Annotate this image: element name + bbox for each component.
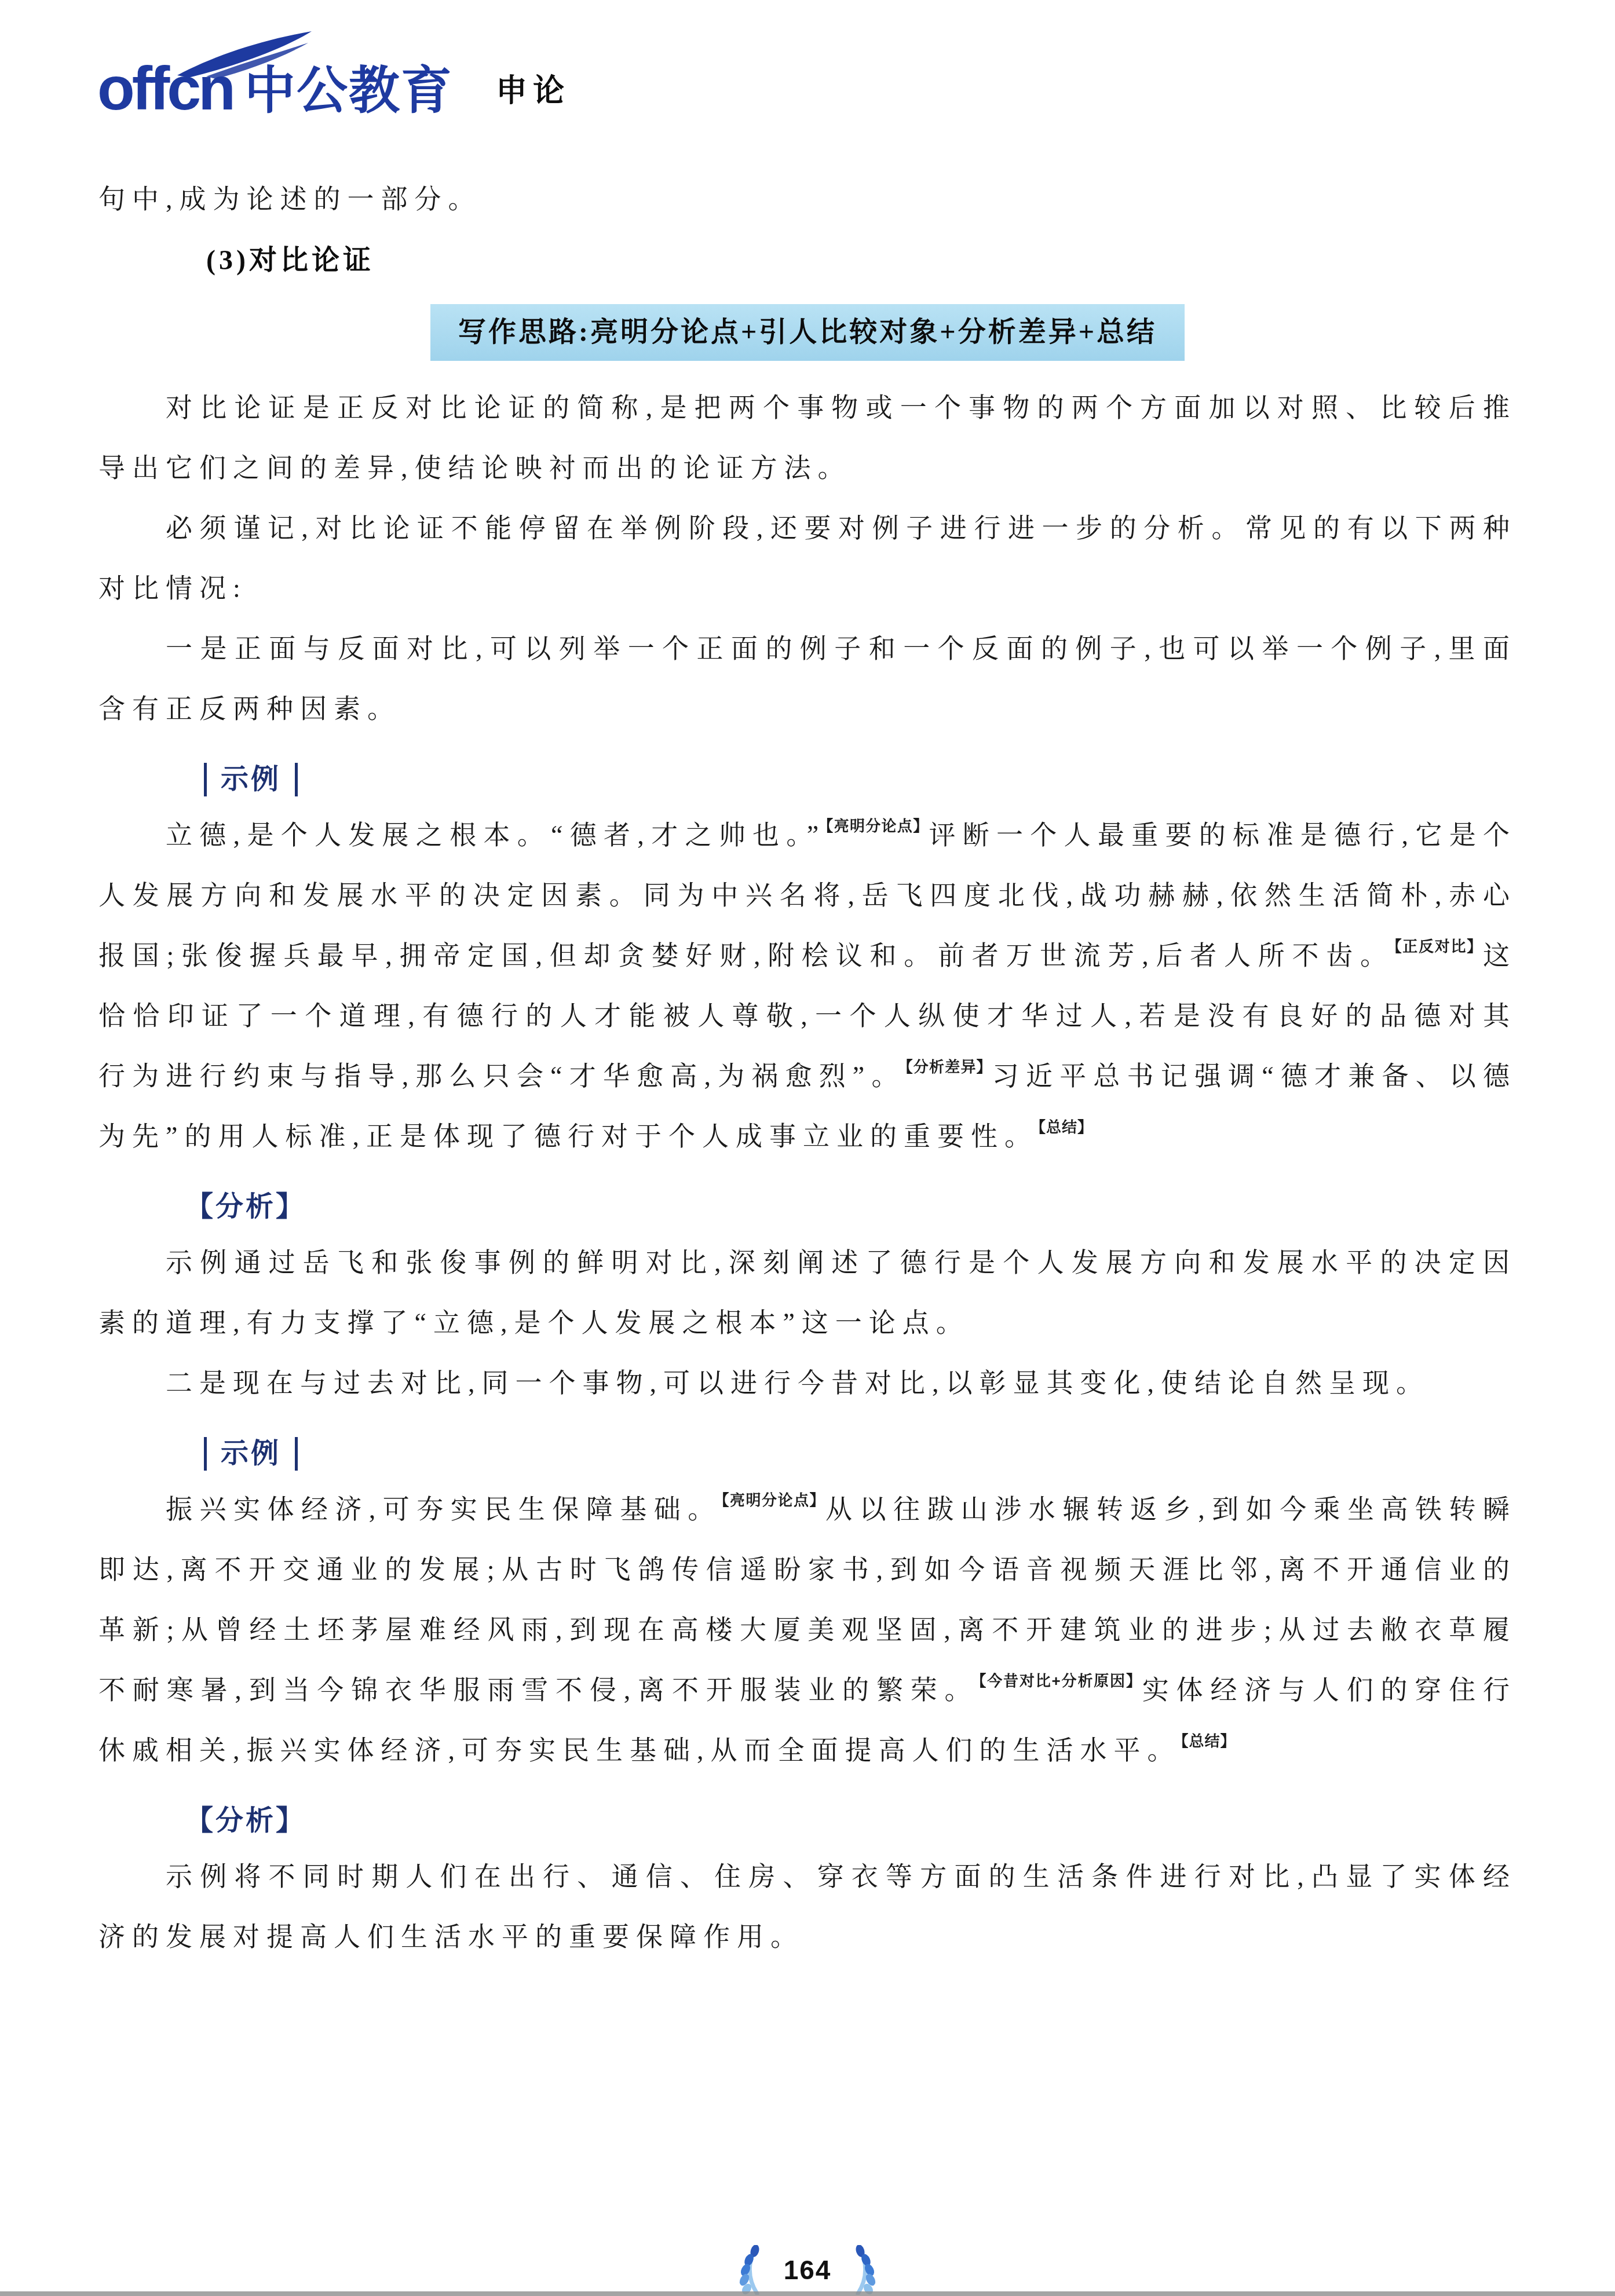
body-paragraph: 一是正面与反面对比,可以列举一个正面的例子和一个反面的例子,也可以举一个例子,里… bbox=[98, 619, 1517, 739]
continuation-paragraph: 句中,成为论述的一部分。 bbox=[98, 169, 1517, 229]
vertical-bar-decoration bbox=[295, 763, 298, 796]
annotation-label: 【亮明分论点】 bbox=[722, 1491, 825, 1509]
writing-formula-box: 写作思路:亮明分论点+引人比较对象+分析差异+总结 bbox=[430, 304, 1185, 361]
subject-label: 申论 bbox=[496, 66, 570, 114]
body-paragraph: 必须谨记,对比论证不能停留在举例阶段,还要对例子进行进一步的分析。常见的有以下两… bbox=[98, 498, 1517, 619]
book-page: { "header": { "logo_text": "offcn", "bra… bbox=[0, 0, 1615, 2296]
annotation-label: 【亮明分论点】 bbox=[825, 817, 929, 835]
text-run: 振兴实体经济,可夯实民生保障基础。 bbox=[166, 1494, 722, 1524]
example-section-header: 示例 bbox=[98, 762, 1517, 797]
vertical-bar-decoration bbox=[295, 1437, 298, 1471]
page-footer: 164 bbox=[0, 2245, 1615, 2295]
vertical-bar-decoration bbox=[204, 763, 207, 796]
annotation-label: 【总结】 bbox=[1181, 1732, 1236, 1750]
example-section-header: 示例 bbox=[98, 1436, 1517, 1471]
text-run: 必须谨记,对比论证不能停留在举例阶段,还要对例子进行进一步的分析。常见的有以下两… bbox=[98, 513, 1517, 603]
annotation-label: 【正反对比】 bbox=[1394, 938, 1483, 955]
analysis-section-header: 【分析】 bbox=[98, 1804, 1517, 1838]
page-number: 164 bbox=[784, 2254, 832, 2286]
annotation-label: 【总结】 bbox=[1038, 1118, 1093, 1136]
writing-formula-row: 写作思路:亮明分论点+引人比较对象+分析差异+总结 bbox=[98, 302, 1517, 363]
page-content: 句中,成为论述的一部分。(3)对比论证写作思路:亮明分论点+引人比较对象+分析差… bbox=[98, 169, 1517, 1967]
text-run: 示例将不同时期人们在出行、通信、住房、穿衣等方面的生活条件进行对比,凸显了实体经… bbox=[98, 1862, 1517, 1951]
text-run: 一是正面与反面对比,可以列举一个正面的例子和一个反面的例子,也可以举一个例子,里… bbox=[98, 634, 1517, 723]
wheat-right-icon bbox=[851, 2245, 883, 2295]
text-run: 示例通过岳飞和张俊事例的鲜明对比,深刻阐述了德行是个人发展方向和发展水平的决定因… bbox=[98, 1248, 1517, 1337]
logo-swoosh-icon bbox=[171, 30, 322, 79]
body-paragraph: 示例将不同时期人们在出行、通信、住房、穿衣等方面的生活条件进行对比,凸显了实体经… bbox=[98, 1847, 1517, 1967]
offcn-logo: offcn 中公教育 bbox=[97, 64, 453, 114]
text-run: 从以往跋山涉水辗转返乡,到如今乘坐高铁转瞬即达,离不开交通业的发展;从古时飞鸽传… bbox=[98, 1494, 1517, 1705]
body-paragraph: 立德,是个人发展之根本。“德者,才之帅也。”【亮明分论点】评断一个人最重要的标准… bbox=[98, 805, 1517, 1167]
vertical-bar-decoration bbox=[204, 1437, 207, 1471]
section-subheading: (3)对比论证 bbox=[98, 233, 1517, 288]
text-run: 句中,成为论述的一部分。 bbox=[98, 184, 482, 214]
annotation-label: 【分析差异】 bbox=[905, 1058, 992, 1076]
annotation-label: 【今昔对比+分析原因】 bbox=[978, 1672, 1142, 1690]
text-run: 二是现在与过去对比,同一个事物,可以进行今昔对比,以彰显其变化,使结论自然呈现。 bbox=[166, 1368, 1430, 1398]
page-header: offcn 中公教育 申论 bbox=[97, 64, 570, 114]
body-paragraph: 振兴实体经济,可夯实民生保障基础。【亮明分论点】从以往跋山涉水辗转返乡,到如今乘… bbox=[98, 1479, 1517, 1781]
body-paragraph: 二是现在与过去对比,同一个事物,可以进行今昔对比,以彰显其变化,使结论自然呈现。 bbox=[98, 1353, 1517, 1413]
example-label: 示例 bbox=[221, 1436, 281, 1471]
text-run: 对比论证是正反对比论证的简称,是把两个事物或一个事物的两个方面加以对照、比较后推… bbox=[98, 393, 1517, 482]
example-label: 示例 bbox=[221, 762, 281, 797]
text-run: 立德,是个人发展之根本。“德者,才之帅也。” bbox=[166, 820, 825, 850]
page-bottom-edge bbox=[0, 2291, 1615, 2296]
body-paragraph: 对比论证是正反对比论证的简称,是把两个事物或一个事物的两个方面加以对照、比较后推… bbox=[98, 378, 1517, 498]
analysis-section-header: 【分析】 bbox=[98, 1190, 1517, 1224]
body-paragraph: 示例通过岳飞和张俊事例的鲜明对比,深刻阐述了德行是个人发展方向和发展水平的决定因… bbox=[98, 1233, 1517, 1353]
wheat-left-icon bbox=[732, 2245, 764, 2295]
